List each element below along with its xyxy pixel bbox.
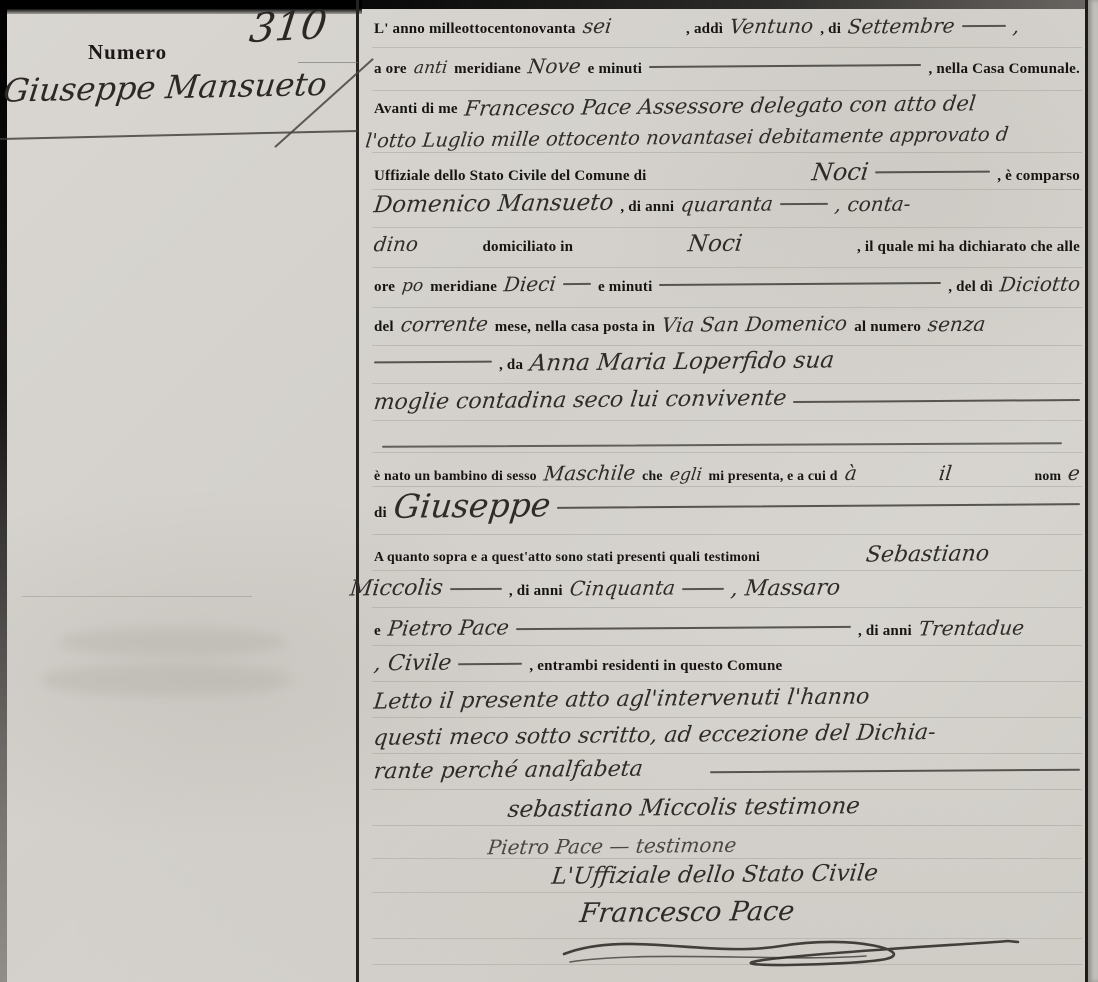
printed-text: di — [374, 505, 387, 522]
handwritten-month-ref: corrente — [399, 312, 489, 337]
ruled-line — [372, 570, 1082, 571]
printed-text: , addì — [686, 21, 723, 38]
ruled-line — [372, 681, 1082, 682]
margin-name: Giuseppe Mansueto — [1, 64, 359, 109]
witness2-signature: Pietro Pace — testimone — [486, 833, 737, 860]
handwritten-witness1-age: Cinquanta — [568, 575, 676, 600]
handwritten-closing-text: questi meco sotto scritto, ad eccezione … — [372, 720, 937, 751]
handwritten-birthday: Diciotto — [998, 272, 1081, 297]
act-line-1: L' anno milleottocentonovanta sei , addì… — [374, 14, 1080, 38]
act-line-22: sebastiano Miccolis testimone — [508, 795, 1080, 821]
act-line-4: l'otto Luglio mille ottocento novantasei… — [366, 126, 1080, 149]
printed-text: ore — [374, 279, 395, 296]
handwritten-text: il — [938, 461, 954, 485]
handwritten-text: l'otto Luglio mille ottocento novantasei… — [364, 123, 1009, 153]
numero-value: 310 — [247, 2, 330, 52]
printed-text: , nella Casa Comunale. — [929, 61, 1081, 78]
printed-text: , di anni — [858, 623, 912, 640]
ruled-line — [372, 452, 1082, 453]
page-edge-left — [0, 0, 7, 982]
handwritten-text: egli — [669, 465, 703, 485]
handwritten-closing-text: rante perché analfabeta — [372, 757, 644, 785]
printed-text: , di anni — [620, 199, 674, 216]
printed-text: mese, nella casa posta in — [495, 319, 655, 336]
ruled-line — [22, 596, 252, 597]
ruled-line — [372, 607, 1082, 608]
act-line-19: Letto il presente atto agl'intervenuti l… — [374, 687, 1080, 712]
act-line-7: dino domiciliato in Noci , il quale mi h… — [374, 231, 1080, 257]
signature-flourish-svg — [556, 922, 1026, 970]
handwritten-hour: Dieci — [503, 272, 558, 297]
handwritten-year: sei — [581, 14, 612, 38]
printed-text: mi presenta, e a cui d — [709, 468, 838, 484]
ink-dash — [374, 361, 492, 364]
act-line-21: rante perché analfabeta — [374, 758, 1080, 783]
handwritten-closing-text: Letto il presente atto agl'intervenuti l… — [372, 684, 870, 714]
handwritten-witness2-occupation: , Civile — [373, 651, 453, 677]
handwritten-house-number: senza — [927, 312, 987, 337]
ruled-line — [372, 858, 1082, 859]
handwritten-text: moglie contadina seco lui convivente — [372, 386, 787, 415]
printed-text: meridiane — [430, 279, 497, 296]
ruled-line — [372, 892, 1082, 893]
margin-name-underline — [0, 130, 358, 140]
printed-text: , di anni — [509, 583, 563, 600]
column-divider — [356, 0, 359, 982]
ruled-line — [372, 717, 1082, 718]
ruled-line — [372, 189, 1082, 190]
act-line-24: L'Uffiziale dello Stato Civile — [552, 862, 1080, 888]
printed-text: e minuti — [588, 61, 643, 78]
handwritten-text: dino — [373, 232, 420, 256]
numero-label: Numero — [88, 40, 167, 65]
printed-text: , è comparso — [997, 168, 1080, 185]
printed-text: meridiane — [454, 61, 521, 78]
printed-text: che — [642, 468, 663, 484]
act-line-2: a ore anti meridiane Nove e minuti , nel… — [374, 54, 1080, 78]
printed-text: e minuti — [598, 279, 653, 296]
handwritten-street: Via San Domenico — [661, 311, 849, 337]
ruled-line — [372, 345, 1082, 346]
ruled-line — [372, 227, 1082, 228]
witness1-signature: sebastiano Miccolis testimone — [506, 793, 861, 823]
act-line-23: Pietro Pace — testimone — [488, 834, 1080, 858]
handwritten-comune: Noci — [810, 158, 870, 187]
handwritten-age: quaranta — [680, 192, 775, 217]
printed-text: , di — [820, 21, 841, 38]
ink-dash — [458, 662, 522, 664]
handwritten-witness1-first: Sebastiano — [864, 541, 990, 567]
handwritten-text: , conta- — [834, 192, 912, 217]
ink-dash — [682, 587, 724, 589]
official-title-signature: L'Uffiziale dello Stato Civile — [550, 860, 879, 889]
ink-dash — [780, 203, 828, 205]
printed-text: A quanto sopra e a quest'atto sono stati… — [374, 549, 760, 565]
page-edge-right-margin — [1088, 0, 1098, 982]
ruled-line — [372, 152, 1082, 153]
ruled-line — [372, 825, 1082, 826]
ink-dash — [516, 626, 851, 630]
ruled-line — [372, 267, 1082, 268]
signature-flourish — [556, 922, 1026, 975]
act-line-5: Uffiziale dello Stato Civile del Comune … — [374, 158, 1080, 186]
act-line-8: ore po meridiane Dieci e minuti , del dì… — [374, 272, 1080, 296]
act-line-3: Avanti di me Francesco Pace Assessore de… — [374, 94, 1080, 118]
ink-dash — [793, 398, 1080, 402]
printed-text: domiciliato in — [483, 239, 574, 256]
act-line-9: del corrente mese, nella casa posta in V… — [374, 312, 1080, 336]
act-line-17: e Pietro Pace , di anni Trentadue — [374, 616, 1080, 640]
ink-dash — [557, 503, 1080, 509]
printed-text: , entrambi residenti in questo Comune — [529, 658, 782, 675]
printed-text: L' anno milleottocentonovanta — [374, 21, 576, 38]
ruled-line — [372, 383, 1082, 384]
handwritten-meridian: anti — [413, 58, 449, 78]
ruled-line — [372, 47, 1082, 48]
ruled-line — [372, 753, 1082, 754]
printed-text: , del dì — [948, 279, 993, 296]
handwritten-sex: Maschile — [542, 461, 636, 486]
ruled-line — [372, 307, 1082, 308]
handwritten-meridian: po — [401, 276, 424, 296]
ruled-line — [372, 534, 1082, 535]
birth-record-page: Numero 310 Giuseppe Mansueto L' anno mil… — [0, 0, 1098, 982]
ink-dash — [659, 282, 941, 286]
printed-text: nom — [1034, 468, 1061, 484]
printed-text: , da — [499, 357, 523, 374]
handwritten-month: Settembre — [847, 13, 956, 38]
ink-dash — [563, 283, 591, 285]
ruled-line — [372, 789, 1082, 790]
handwritten-text: à — [843, 461, 858, 485]
printed-text: al numero — [854, 319, 921, 336]
act-line-10: , da Anna Maria Loperfido sua — [374, 349, 1080, 375]
ink-bleedthrough — [60, 628, 285, 656]
act-line-16: Miccolis , di anni Cinquanta , Massaro — [350, 576, 1080, 601]
ruled-line — [372, 420, 1082, 421]
act-line-6: Domenico Mansueto , di anni quaranta , c… — [374, 191, 1080, 217]
act-line-11: moglie contadina seco lui convivente — [374, 388, 1080, 413]
handwritten-witness1-last: Miccolis — [349, 576, 445, 602]
printed-text: del — [374, 319, 394, 336]
handwritten-official: Francesco Pace Assessore delegato con at… — [463, 91, 977, 120]
handwritten-witness2-name: Pietro Pace — [386, 615, 510, 640]
act-line-18: , Civile , entrambi residenti in questo … — [374, 651, 1080, 676]
printed-text: è nato un bambino di sesso — [374, 468, 537, 484]
handwritten-declarant-name: Domenico Mansueto — [372, 190, 615, 219]
ink-dash — [649, 64, 921, 68]
ink-dash — [962, 25, 1006, 27]
printed-text: Avanti di me — [374, 101, 458, 118]
ruled-line — [372, 645, 1082, 646]
handwritten-day: Ventuno — [729, 14, 815, 39]
act-line-14: di Giuseppe — [374, 489, 1080, 522]
printed-text: e — [374, 623, 381, 640]
printed-text: Uffiziale dello Stato Civile del Comune … — [374, 168, 647, 185]
handwritten-witness2-age: Trentadue — [917, 615, 1025, 640]
act-line-13: è nato un bambino di sesso Maschile che … — [374, 461, 1080, 485]
ink-dash — [450, 587, 502, 589]
printed-text: a ore — [374, 61, 407, 78]
handwritten-mother-name: Anna Maria Loperfido sua — [529, 347, 836, 376]
handwritten-hour: Nove — [527, 54, 582, 79]
handwritten-witness1-occupation: , Massaro — [729, 575, 841, 601]
printed-text: , il quale mi ha dichiarato che alle — [857, 239, 1080, 256]
ink-bleedthrough — [42, 664, 290, 696]
handwritten-child-name: Giuseppe — [392, 488, 552, 523]
act-line-15: A quanto sopra e a quest'atto sono stati… — [374, 542, 1080, 567]
ink-dash — [710, 768, 1080, 773]
handwritten-text: e — [1067, 461, 1082, 485]
numero-underline — [298, 62, 358, 63]
ink-dash — [875, 171, 990, 174]
handwritten-text: , — [1011, 14, 1020, 38]
handwritten-domicile: Noci — [686, 231, 743, 258]
act-line-20: questi meco sotto scritto, ad eccezione … — [374, 723, 1080, 748]
ink-blank-stroke — [382, 442, 1062, 448]
